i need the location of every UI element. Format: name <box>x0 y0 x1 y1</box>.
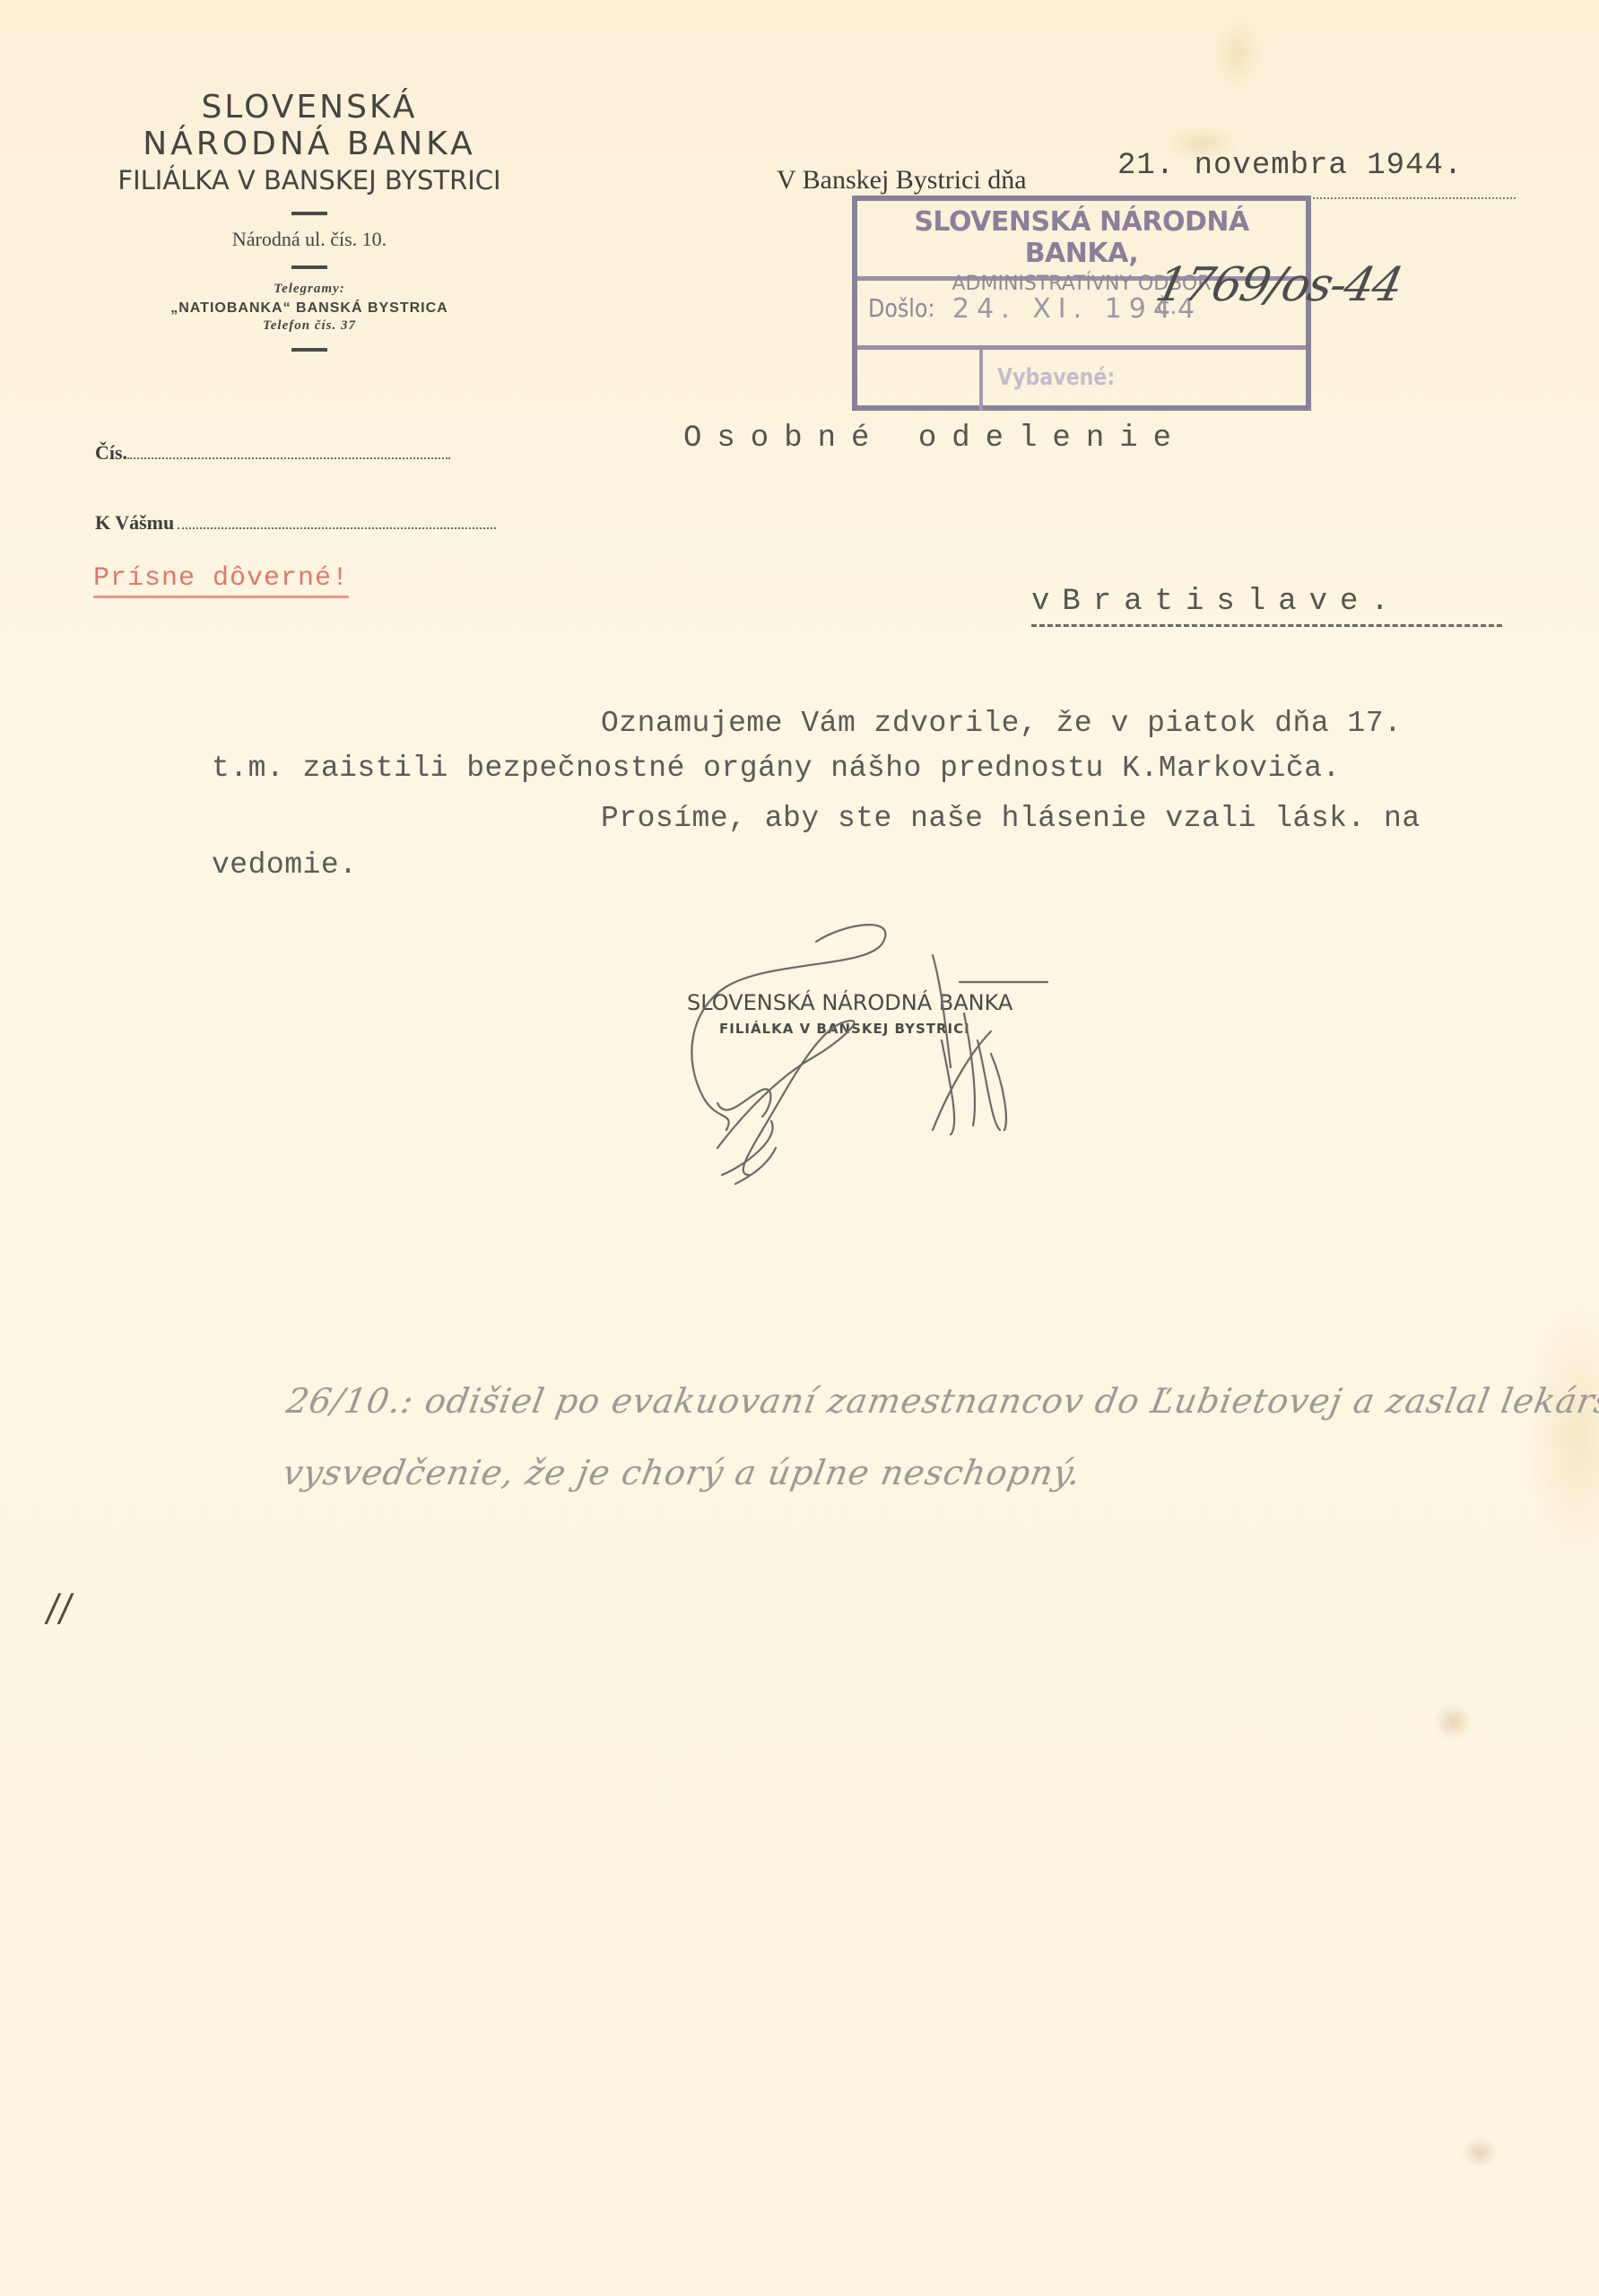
bank-name-line1: SLOVENSKÁ <box>90 90 529 126</box>
recipient-city: vBratislave. <box>1031 585 1402 619</box>
phone-number: Telefon čís. 37 <box>90 318 529 334</box>
city-underline <box>1031 624 1502 627</box>
handwritten-note-line-1: 26/10.: odišiel po evakuovaní zamestnanc… <box>283 1381 1599 1421</box>
place-label: V Banskej Bystrici dňa <box>777 165 1027 196</box>
letterhead: SLOVENSKÁ NÁRODNÁ BANKA FILIÁLKA V BANSK… <box>90 90 529 364</box>
handwritten-note-line-2: vysvedčenie, že je chorý a úplne neschop… <box>280 1453 1084 1492</box>
divider <box>291 348 327 352</box>
divider <box>291 265 327 269</box>
body-line-3: Prosíme, aby ste naše hlásenie vzali lás… <box>601 802 1421 835</box>
margin-marks: // <box>44 1586 75 1630</box>
telegram-label: Telegramy: <box>90 282 529 297</box>
body-line-2: t.m. zaistili bezpečnostné orgány nášho … <box>212 752 1341 785</box>
body-line-1: Oznamujeme Vám zdvorile, že v piatok dňa… <box>601 707 1402 740</box>
number-label: Čís. <box>95 441 127 464</box>
telegram-address: „NATIOBANKA“ BANSKÁ BYSTRICA <box>90 300 529 317</box>
stamp-handled-label: Vybavené: <box>997 364 1115 391</box>
recipient-department: Osobné odelenie <box>683 422 1186 456</box>
bank-address: Národná ul. čís. 10. <box>90 228 529 251</box>
stamp-divider <box>979 350 983 411</box>
signatures-icon <box>664 906 1076 1202</box>
branch-name: FILIÁLKA V BANSKEJ BYSTRICI <box>90 163 529 197</box>
number-blank <box>127 456 450 459</box>
stamp-received-label: Došlo: <box>868 293 934 323</box>
divider <box>291 212 327 215</box>
reference-label: K Vášmu <box>95 511 174 534</box>
handwritten-registry-number: 1769/os-44 <box>1151 258 1406 312</box>
reference-field: K Vášmu <box>95 511 496 535</box>
body-line-4: vedomie. <box>212 848 357 882</box>
letter-date: 21. novembra 1944. <box>1117 149 1463 183</box>
reference-blank <box>178 526 496 529</box>
bank-name-line2: NÁRODNÁ BANKA <box>90 126 529 163</box>
number-field: Čís. <box>95 441 450 465</box>
classification-mark: Prísne dôverné! <box>93 563 349 598</box>
